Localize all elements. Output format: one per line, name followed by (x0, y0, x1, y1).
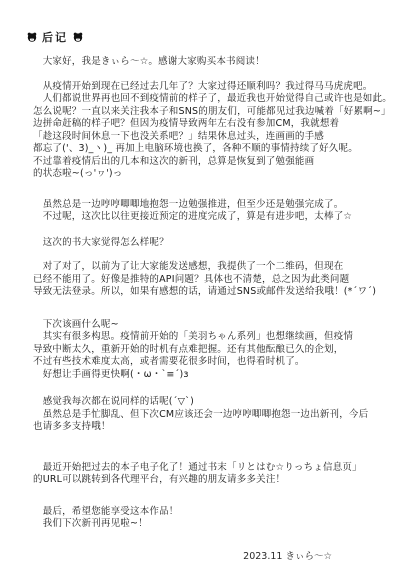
paragraph-closing: 最后，希望您能享受这本作品！ 我们下次新刊再见啦~！ (33, 506, 392, 531)
text-line: 导致无法登录。所以，如果有感想的话，请通过SNS或邮件发送给我哦！(*´ワ´) (33, 286, 392, 299)
text-line: 导致中断太久，重新开始的时机有点难把握。还有其他酝酿已久的企划， (33, 344, 392, 357)
text-line: 怎么说呢？一直以来关注我本子和SNS的朋友们，可能都见过我边喊着「好累啊~」 (33, 106, 392, 119)
text-line: 最后，希望您能享受这本作品！ (33, 506, 392, 519)
text-line: 最近开始把过去的本子电子化了！通过书末「リとはむ☆りっちょ信息页」 (33, 462, 392, 475)
text-line: 大家好，我是きぃら～☆。感谢大家购买本书阅读！ (33, 56, 392, 69)
text-line: 人们都说世界再也回不到疫情前的样子了，最近我也开始觉得自己或许也是如此。 (33, 93, 392, 106)
text-line: 不过有些技术难度太高，或者需要花很多时间，也得看时机了。 (33, 356, 392, 369)
text-line: 都忘了('、3)_ヽ)_ 再加上电脑环境也换了，各种不顺的事情持续了好久呢。 (33, 143, 392, 156)
text-line: 虽然总是一边哼哼唧唧地抱怨一边勉强推进，但至少还是勉强完成了。 (33, 199, 392, 212)
text-line: 好想让手画得更快啊(・ω・`≡´)ɜ (33, 369, 392, 382)
text-line: 虽然总是手忙脚乱、但下次CM应该还会一边哼哼唧唧抱怨一边出新刊，今后 (33, 409, 392, 422)
paragraph-pandemic: 从疫情开始到现在已经过去几年了？大家过得还顺利吗？我过得马马虎虎吧。 人们都说世… (33, 81, 392, 181)
text-line: 不过呢，这次比以往更接近预定的进度完成了，算是有进步吧，太棒了☆ (33, 211, 392, 224)
text-line: 边拼命赶稿的样子吧？但因为疫情导致两年左右没有参加CM，我就想着 (33, 118, 392, 131)
text-line: 这次的书大家觉得怎么样呢？ (33, 237, 392, 250)
text-line: 「趁这段时间休息一下也没关系吧？」结果休息过头，连画画的手感 (33, 131, 392, 144)
text-line: 感觉我每次都在说同样的话呢(´▽`) (33, 396, 392, 409)
text-line: 对了对了，以前为了让大家能发送感想，我提供了一个二维码，但现在 (33, 261, 392, 274)
paragraph-digitization: 最近开始把过去的本子电子化了！通过书末「リとはむ☆りっちょ信息页」 的URL可以… (33, 462, 392, 487)
text-line: 其实有很多构思。疫情前开始的「美羽ちゃん系列」也想继续画，但疫情 (33, 331, 392, 344)
author-signature: 2023.11 きぃら～☆ (33, 548, 392, 562)
paragraph-same-talk: 感觉我每次都在说同样的话呢(´▽`) 虽然总是手忙脚乱、但下次CM应该还会一边哼… (33, 396, 392, 434)
text-line: 已经不能用了。好像是推特的API问题？具体也不清楚，总之因为此类问题 (33, 274, 392, 287)
page-title: 后记 (42, 29, 68, 45)
bear-face-icon (27, 32, 37, 42)
text-line: 的URL可以跳转到各代理平台，有兴趣的朋友请多多关注！ (33, 474, 392, 487)
text-line: 不过靠着疫情后出的几本和这次的新刊，总算是恢复到了勉强能画 (33, 156, 392, 169)
paragraph-qr-code: 对了对了，以前为了让大家能发送感想，我提供了一个二维码，但现在 已经不能用了。好… (33, 261, 392, 299)
page-header: 后记 (27, 30, 392, 44)
text-line: 从疫情开始到现在已经过去几年了？大家过得还顺利吗？我过得马马虎虎吧。 (33, 81, 392, 94)
bear-face-icon (73, 32, 83, 42)
text-line: 也请多多支持哦！ (33, 421, 392, 434)
paragraph-question: 这次的书大家觉得怎么样呢？ (33, 237, 392, 250)
text-line: 的状态啦~(っ'ヮ')っ (33, 168, 392, 181)
paragraph-progress: 虽然总是一边哼哼唧唧地抱怨一边勉强推进，但至少还是勉强完成了。 不过呢，这次比以… (33, 199, 392, 224)
text-line: 我们下次新刊再见啦~！ (33, 518, 392, 531)
paragraph-next-work: 下次该画什么呢~ 其实有很多构思。疫情前开始的「美羽ちゃん系列」也想继续画，但疫… (33, 319, 392, 382)
paragraph-greeting: 大家好，我是きぃら～☆。感谢大家购买本书阅读！ (33, 56, 392, 69)
afterword-page: 后记 大家好，我是きぃら～☆。感谢大家购买本书阅读！ 从疫情开始到现在已经过去几… (0, 0, 400, 579)
text-line: 下次该画什么呢~ (33, 319, 392, 332)
